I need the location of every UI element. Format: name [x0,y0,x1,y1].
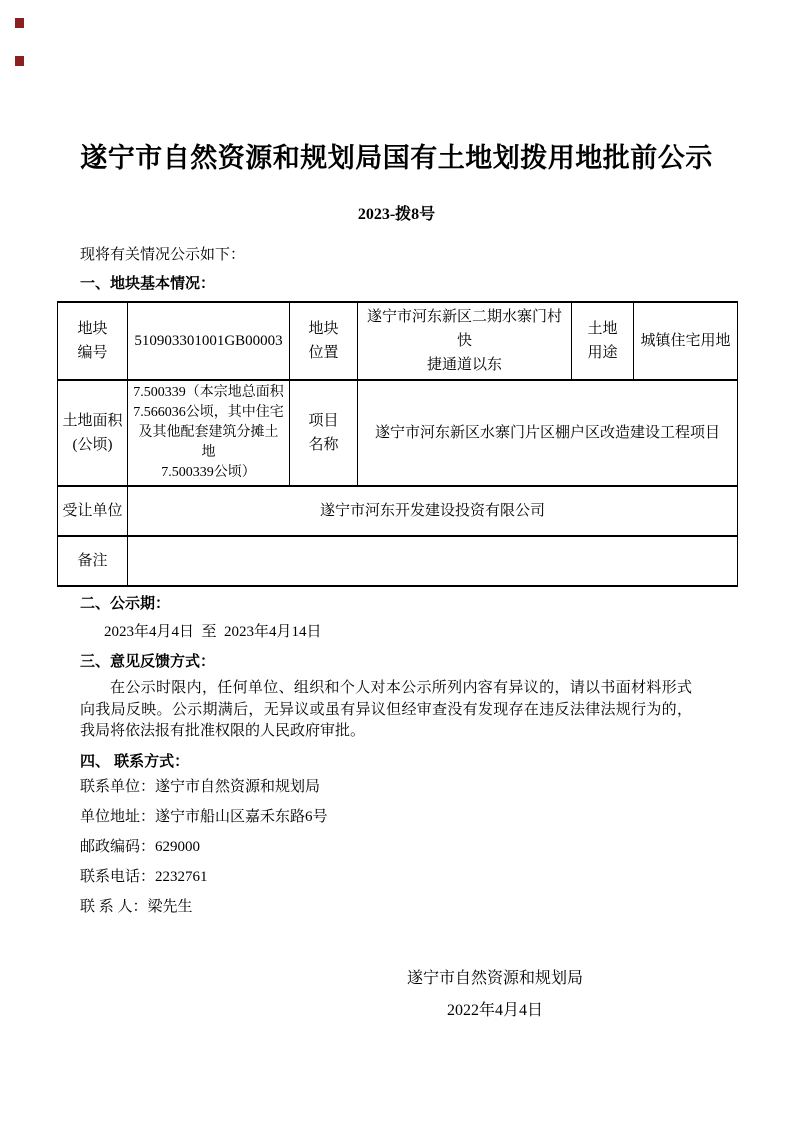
project-label-cell: 项目 名称 [290,380,358,486]
area-label-cell: 土地面积 (公顷) [58,380,128,486]
contact-value: 2232761 [155,869,208,885]
contact-line-person: 联 系 人：梁先生 [80,899,793,916]
table-row-grantee: 受让单位 遂宁市河东开发建设投资有限公司 [58,486,738,536]
contact-value: 遂宁市船山区嘉禾东路6号 [155,809,328,825]
section-3-heading: 三、意见反馈方式： [80,652,713,672]
contact-label: 邮政编码： [80,839,155,855]
table-row-remarks: 备注 [58,536,738,586]
table-row-area-project: 土地面积 (公顷) 7.500339（本宗地总面积 7.566036公顷，其中住… [58,380,738,486]
table-row-parcel: 地块 编号 510903301001GB00003 地块 位置 遂宁市河东新区二… [58,302,738,380]
contact-label: 联 系 人： [80,899,148,915]
land-info-table: 地块 编号 510903301001GB00003 地块 位置 遂宁市河东新区二… [57,301,738,587]
contact-label: 单位地址： [80,809,155,825]
parcel-no-label-cell: 地块 编号 [58,302,128,380]
section-4-heading: 四、 联系方式： [80,752,713,772]
footer-date: 2022年4月4日 [330,1001,660,1021]
contact-label: 联系电话： [80,869,155,885]
project-cell: 遂宁市河东新区水寨门片区棚户区改造建设工程项目 [358,380,738,486]
contact-line-postcode: 邮政编码：629000 [80,839,793,856]
remarks-cell [128,536,738,586]
stamp-mark-top [15,18,24,28]
remarks-label-cell: 备注 [58,536,128,586]
publicity-period: 2023年4月4日 至 2023年4月14日 [104,622,713,642]
stamp-mark-bottom [15,56,24,66]
contact-line-address: 单位地址：遂宁市船山区嘉禾东路6号 [80,809,793,826]
parcel-no-cell: 510903301001GB00003 [128,302,290,380]
contact-value: 遂宁市自然资源和规划局 [155,779,320,795]
contact-list: 联系单位：遂宁市自然资源和规划局 单位地址：遂宁市船山区嘉禾东路6号 邮政编码：… [80,779,793,916]
contact-line-phone: 联系电话：2232761 [80,869,793,886]
contact-label: 联系单位： [80,779,155,795]
land-use-cell: 城镇住宅用地 [634,302,738,380]
footer-issuer: 遂宁市自然资源和规划局 [330,969,660,989]
land-use-label-cell: 土地 用途 [572,302,634,380]
area-cell: 7.500339（本宗地总面积 7.566036公顷，其中住宅 及其他配套建筑分… [128,380,290,486]
page-title: 遂宁市自然资源和规划局国有土地划拨用地批前公示 [0,138,793,178]
grantee-cell: 遂宁市河东开发建设投资有限公司 [128,486,738,536]
feedback-paragraph: 在公示时限内，任何单位、组织和个人对本公示所列内容有异议的，请以书面材料形式向我… [80,678,692,743]
document-page: 遂宁市自然资源和规划局国有土地划拨用地批前公示 2023-拨8号 现将有关情况公… [0,0,793,1122]
location-cell: 遂宁市河东新区二期水寨门村快 捷通道以东 [358,302,572,380]
grantee-label-cell: 受让单位 [58,486,128,536]
contact-line-unit: 联系单位：遂宁市自然资源和规划局 [80,779,793,796]
section-2-heading: 二、公示期： [80,594,713,614]
intro-text: 现将有关情况公示如下： [80,245,713,265]
section-1-heading: 一、地块基本情况： [80,274,713,294]
location-label-cell: 地块 位置 [290,302,358,380]
contact-value: 梁先生 [148,899,193,915]
contact-value: 629000 [155,839,200,855]
doc-number: 2023-拨8号 [0,204,793,226]
signature-block: 遂宁市自然资源和规划局 2022年4月4日 [330,969,660,1021]
